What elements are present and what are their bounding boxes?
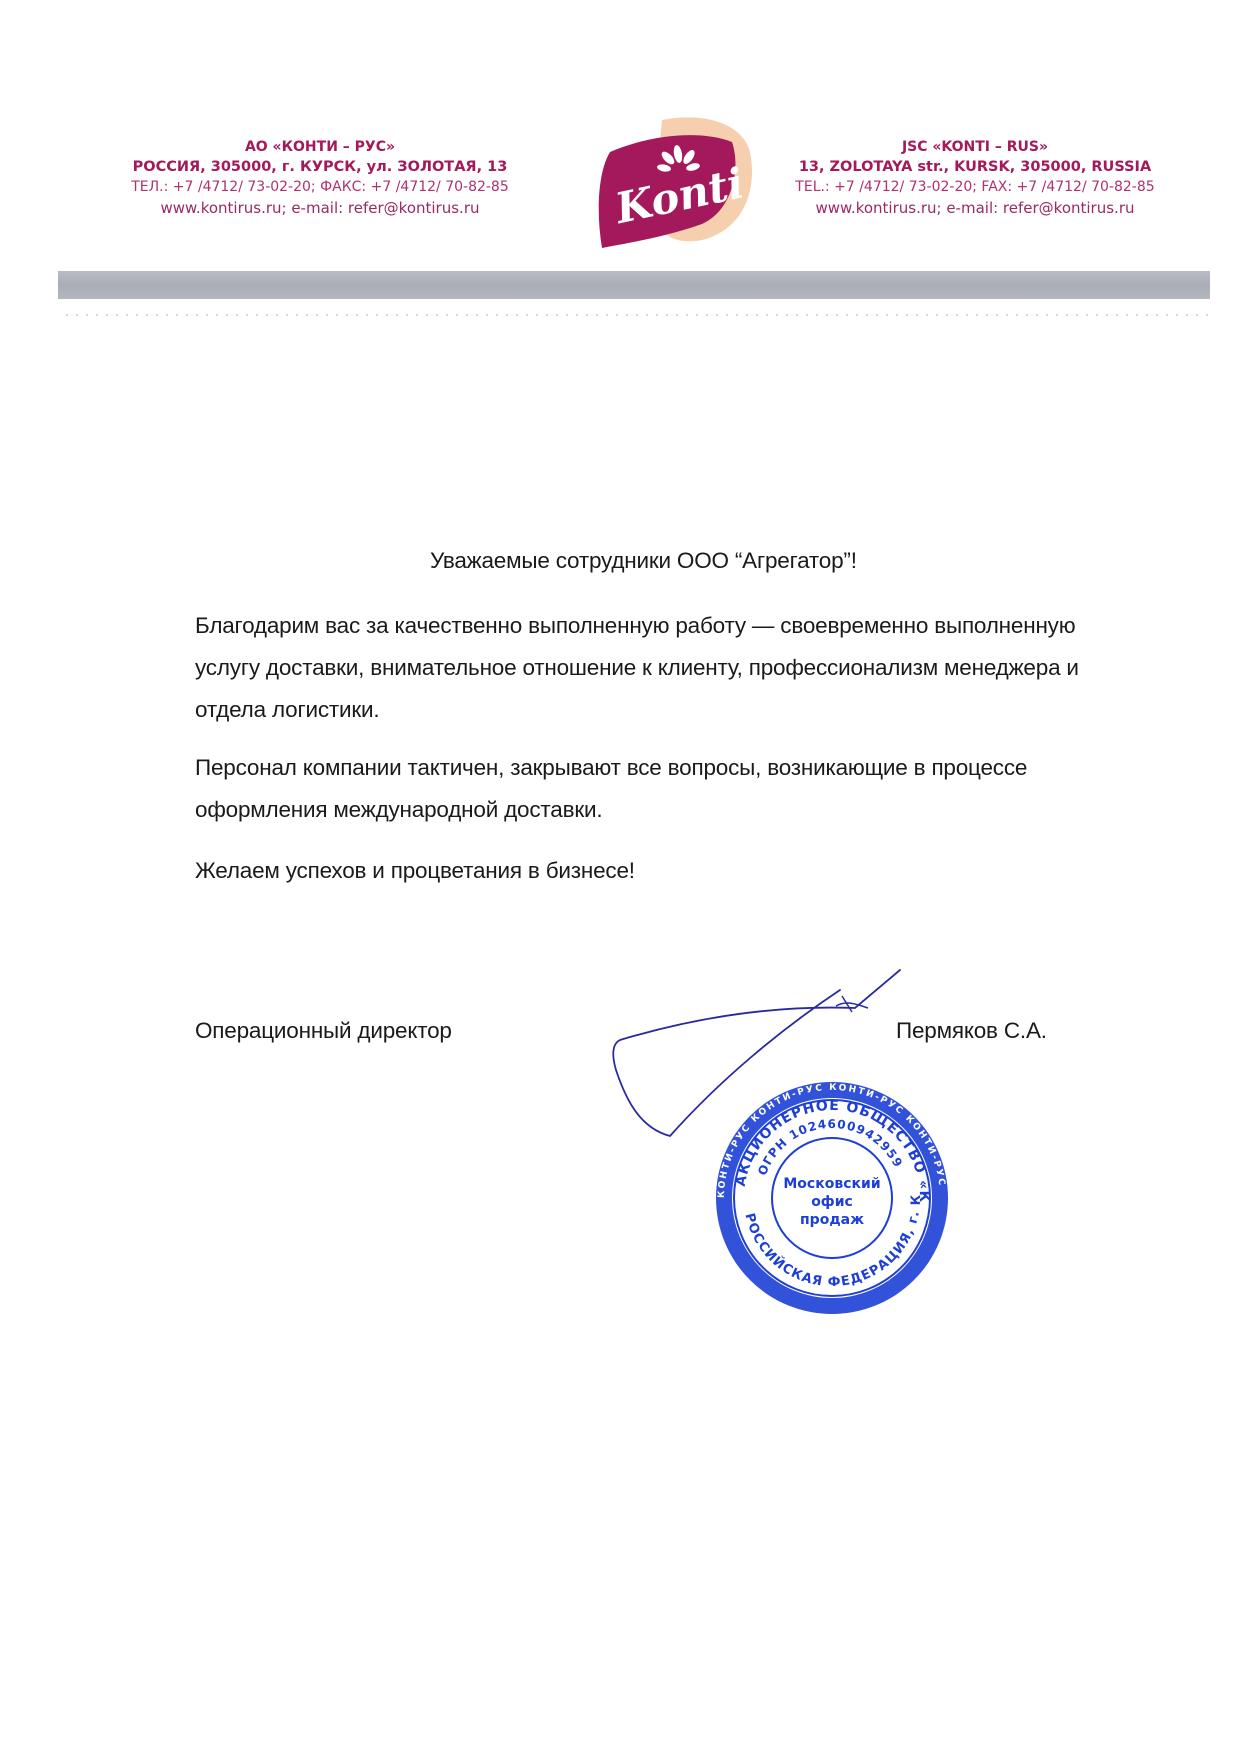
konti-logo: Konti (592, 112, 762, 252)
svg-text:офис: офис (811, 1194, 853, 1210)
svg-text:Московский: Московский (783, 1176, 880, 1192)
letter-paragraph-2: Персонал компании тактичен, закрывают вс… (195, 747, 1095, 831)
address-en: 13, ZOLOTAYA str., KURSK, 305000, RUSSIA (770, 157, 1180, 177)
letterhead-english: JSC «KONTI – RUS» 13, ZOLOTAYA str., KUR… (770, 137, 1180, 219)
web-en: www.kontirus.ru; e-mail: refer@kontirus.… (770, 197, 1180, 219)
phones-en: TEL.: +7 /4712/ 73-02-20; FAX: +7 /4712/… (770, 177, 1180, 197)
address-ru: РОССИЯ, 305000, г. КУРСК, ул. ЗОЛОТАЯ, 1… (110, 157, 530, 177)
letter-paragraph-3: Желаем успехов и процветания в бизнесе! (195, 850, 1095, 892)
svg-text:продаж: продаж (800, 1212, 864, 1228)
dotted-divider (62, 314, 1212, 316)
letter-paragraph-1: Благодарим вас за качественно выполненну… (195, 605, 1095, 731)
signatory-position: Операционный директор (195, 1018, 452, 1044)
phones-ru: ТЕЛ.: +7 /4712/ 73-02-20; ФАКС: +7 /4712… (110, 177, 530, 197)
web-ru: www.kontirus.ru; e-mail: refer@kontirus.… (110, 197, 530, 219)
company-seal: КОНТИ-РУС КОНТИ-РУС КОНТИ-РУС КОНТИ-РУС … (712, 1078, 952, 1318)
letter-greeting: Уважаемые сотрудники ООО “Агрегатор”! (430, 548, 857, 574)
letterhead-russian: АО «КОНТИ – РУС» РОССИЯ, 305000, г. КУРС… (110, 137, 530, 219)
company-name-en: JSC «KONTI – RUS» (770, 137, 1180, 157)
company-name-ru: АО «КОНТИ – РУС» (110, 137, 530, 157)
header-divider-band (58, 271, 1210, 299)
